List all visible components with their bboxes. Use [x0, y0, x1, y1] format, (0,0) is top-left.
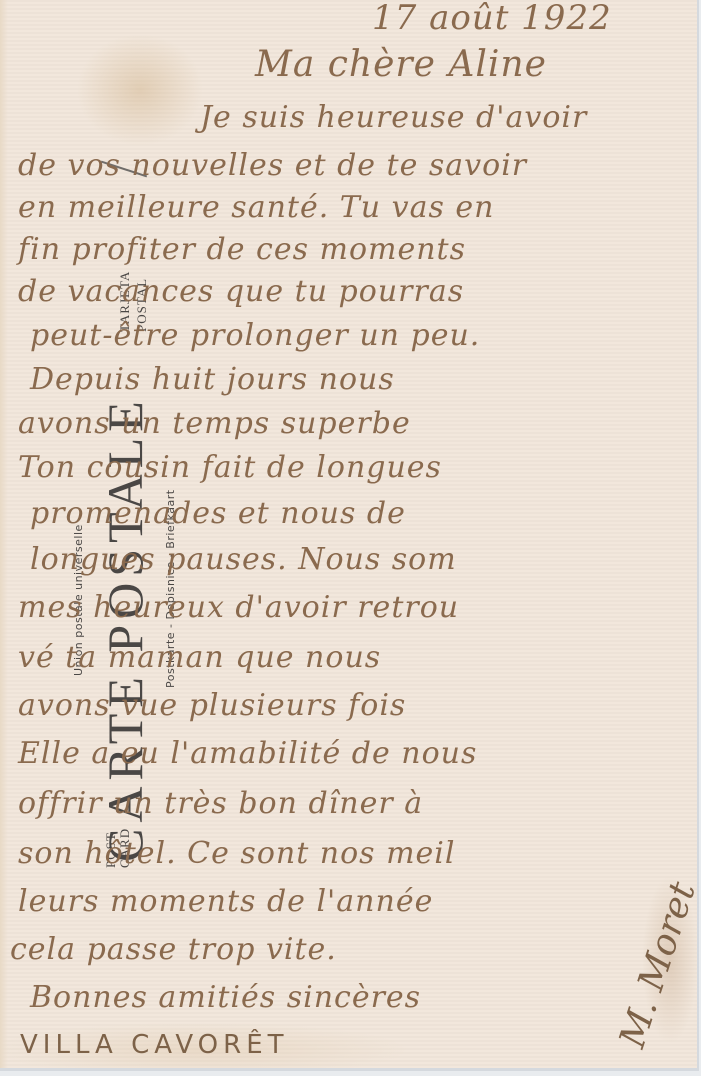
postcard-back: CARTE POSTALE POST CARD TARJETA POSTAL U… [0, 0, 699, 1071]
letter-salutation: Ma chère Aline [255, 44, 547, 85]
letter-line: longues pauses. Nous som [30, 542, 457, 577]
letter-date: 17 août 1922 [372, 0, 612, 38]
letter-line: promenades et nous de [30, 496, 406, 531]
letter-signature: M. Moret [612, 877, 699, 1053]
letter-line: Je suis heureuse d'avoir [200, 100, 587, 135]
letter-line: offrir un très bon dîner à [18, 786, 423, 821]
letter-line: leurs moments de l'année [18, 884, 433, 919]
letter-address: VILLA CAVORÊT [20, 1030, 289, 1060]
letter-line: de vacances que tu pourras [18, 274, 464, 309]
letter-line: vé ta maman que nous [18, 640, 381, 675]
letter-line: son hôtel. Ce sont nos meil [18, 836, 456, 871]
letter-line: de vos nouvelles et de te savoir [18, 148, 527, 183]
letter-line: avons vue plusieurs fois [18, 688, 406, 723]
letter-closing: Bonnes amitiés sincères [30, 980, 421, 1015]
letter-line: mes heureux d'avoir retrou [18, 590, 459, 625]
letter-line: Elle a eu l'amabilité de nous [18, 736, 477, 771]
letter-line: fin profiter de ces moments [18, 232, 466, 267]
letter-line: Depuis huit jours nous [30, 362, 395, 397]
letter-line: peut-être prolonger un peu. [30, 318, 480, 353]
card-edge-shadow [0, 0, 8, 1068]
letter-line: avons un temps superbe [18, 406, 411, 441]
letter-line: Ton cousin fait de longues [18, 450, 442, 485]
letter-line: en meilleure santé. Tu vas en [18, 190, 495, 225]
letter-line: cela passe trop vite. [10, 932, 337, 967]
